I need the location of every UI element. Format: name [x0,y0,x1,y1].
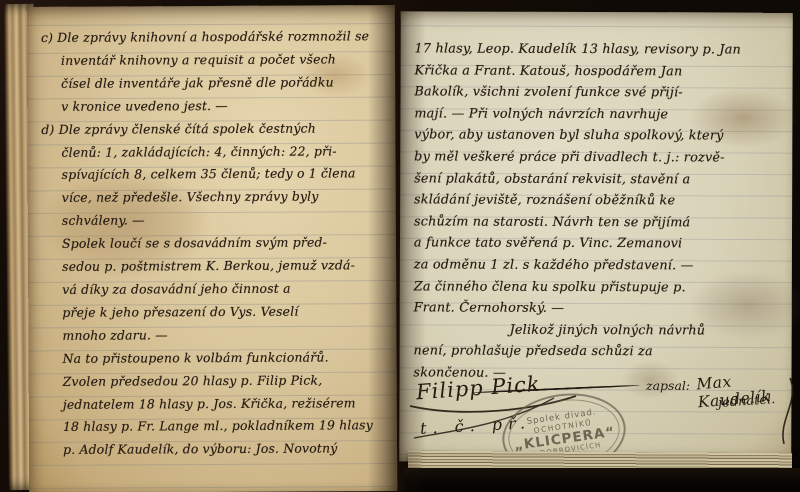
manuscript-line: Spolek loučí se s dosavádním svým před- [62,231,392,256]
manuscript-line: inventář knihovny a requisit a počet vše… [61,48,391,73]
manuscript-line: schváleny. — [62,208,392,233]
manuscript-line: členů: 1, zakládajících: 4, činných: 22,… [61,140,391,165]
stamp-name: „KLICPERA“ [513,424,616,454]
stamp-line-second: OCHOTNÍKŮ [533,419,592,436]
manuscript-line: vá díky za dosavádní jeho činnost a [62,277,392,302]
signature-flourish [776,376,800,448]
manuscript-line: jednatelem 18 hlasy p. Jos. Křička, reži… [63,392,393,417]
manuscript-line: skládání jeviště, roznášení oběžníků ke [414,190,786,213]
manuscript-line: a funkce tato svěřená p. Vinc. Zemanovi [414,233,786,256]
manuscript-line: za odměnu 1 zl. s každého představení. — [414,254,786,277]
left-page-manuscript-text: c) Dle zprávy knihovní a hospodářské roz… [61,25,393,462]
manuscript-line: Na to přistoupeno k volbám funkcionářů. [63,346,393,371]
manuscript-line: Frant. Černohorský. — [414,297,786,320]
recorded-by-label: zapsal: [646,378,690,393]
manuscript-line: Za činného člena ku spolku přistupuje p. [414,276,786,299]
manuscript-line: d) Dle zprávy členské čítá spolek čestný… [61,117,391,142]
manuscript-line: Bakolík, všichni zvolení funkce své přij… [414,82,786,105]
manuscript-line: v kronice uvedeno jest. — [61,94,391,119]
manuscript-line: 17 hlasy, Leop. Kaudelík 13 hlasy, revis… [415,38,787,61]
manuscript-line: čísel dle inventáře jak přesně dle pořád… [61,71,391,96]
right-page-manuscript-text: 17 hlasy, Leop. Kaudelík 13 hlasy, revis… [413,38,786,385]
stamp-arc-top: Spolek divad. [526,408,597,427]
photo-of-open-notebook: c) Dle zprávy knihovní a hospodářské roz… [0,0,800,492]
manuscript-line: více, než předešle. Všechny zprávy byly [62,185,392,210]
manuscript-line: schůzím na starosti. Návrh ten se přijím… [414,211,786,234]
manuscript-line: spívajících 8, celkem 35 členů; tedy o 1… [62,163,392,188]
manuscript-line: mají. — Při volných návrzích navrhuje [414,103,786,126]
manuscript-line: není, prohlašuje předseda schůzi za [413,341,785,364]
manuscript-line: Zvolen předsedou 20 hlasy p. Filip Pick, [63,369,393,394]
manuscript-line: šení plakátů, obstarání rekvisit, stavěn… [414,168,786,191]
manuscript-line: p. Adolf Kaudelík, do výboru: Jos. Novot… [63,437,393,462]
manuscript-line: by měl veškeré práce při divadlech t. j.… [414,146,786,169]
manuscript-line: Křička a Frant. Katouš, hospodářem Jan [414,60,786,83]
manuscript-line: sedou p. poštmistrem K. Berkou, jemuž vz… [62,254,392,279]
bottom-shadow [404,468,800,492]
manuscript-line: c) Dle zprávy knihovní a hospodářské roz… [61,25,391,50]
manuscript-line: mnoho zdaru. — [62,323,392,348]
manuscript-line: výbor, aby ustanoven byl sluha spolkový,… [414,125,786,148]
manuscript-line: 18 hlasy p. Fr. Lange ml., pokladníkem 1… [63,415,393,440]
manuscript-line: Jelikož jiných volných návrhů [414,319,786,342]
manuscript-line: přeje k jeho přesazení do Vys. Veselí [62,300,392,325]
